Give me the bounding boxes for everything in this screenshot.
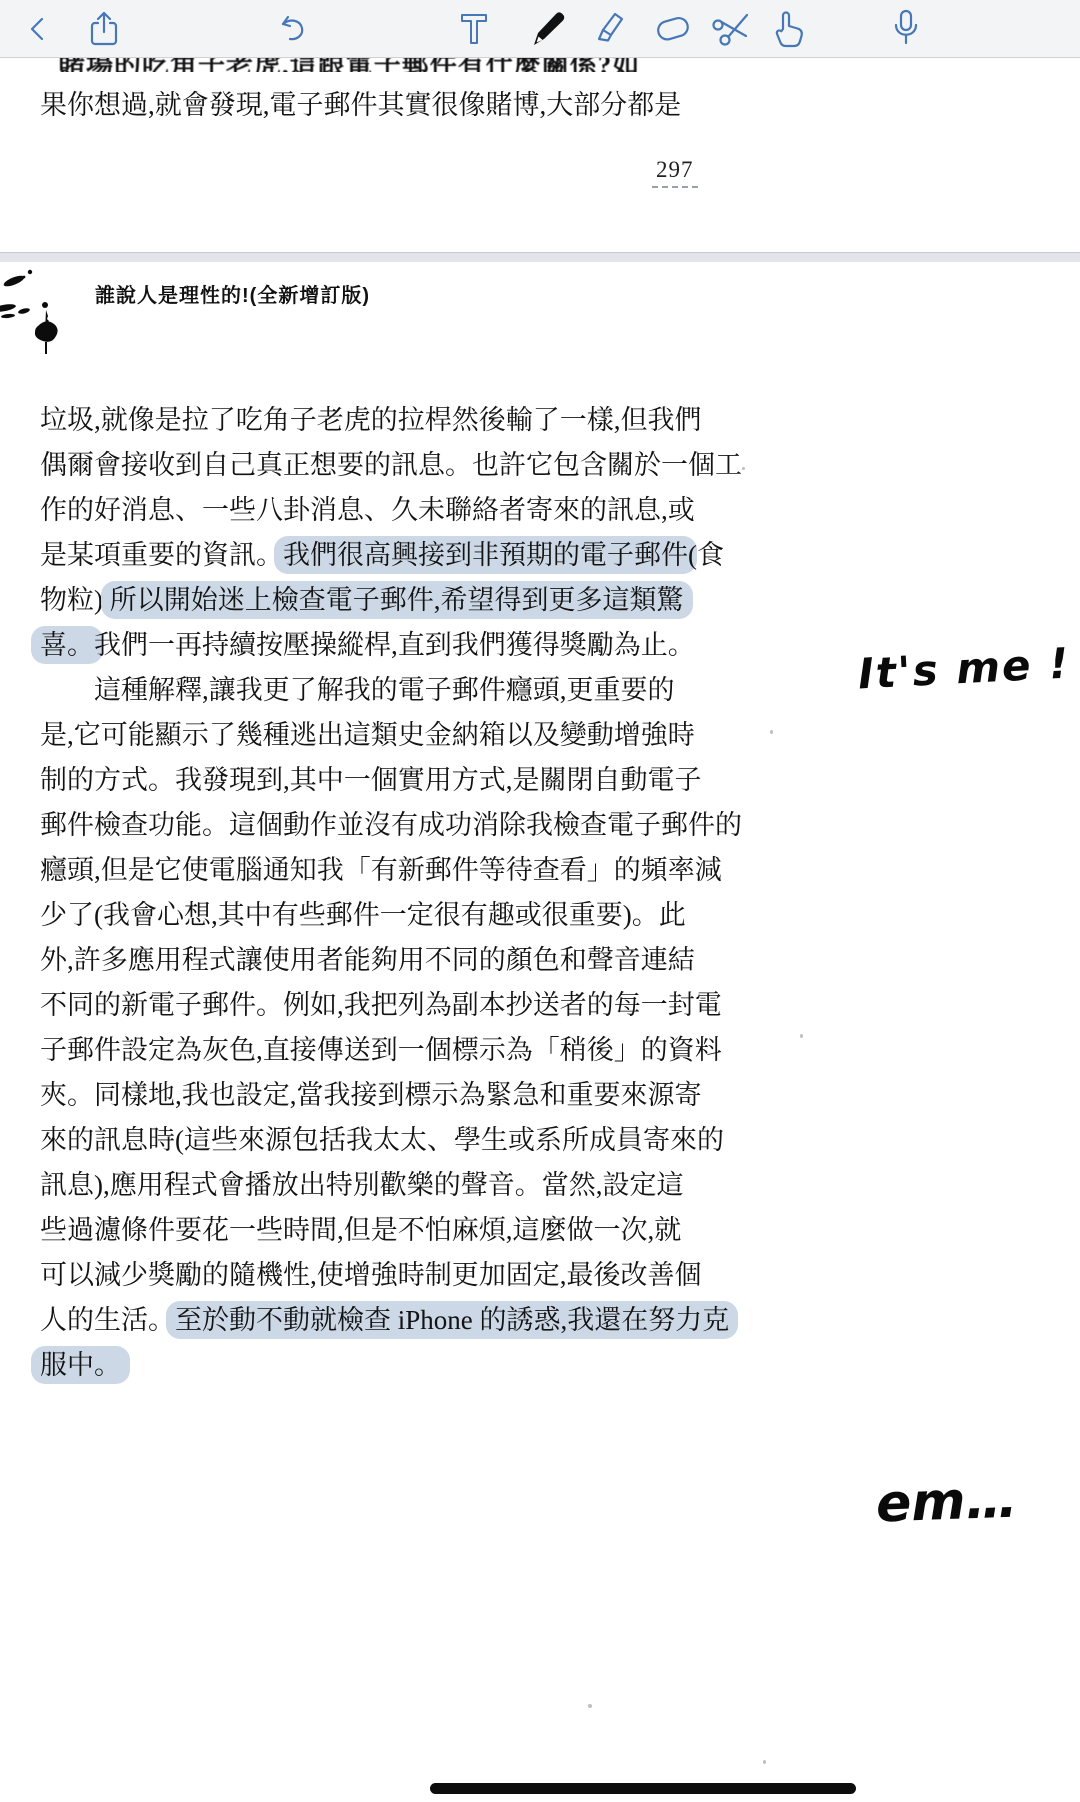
text-span: 外,許多應用程式讓使用者能夠用不同的顏色和聲音連結 [40,945,695,975]
text-span: 郵件檢查功能。這個動作並沒有成功消除我檢查電子郵件的 [40,810,742,840]
highlighter-icon [588,9,628,49]
text-tool-button[interactable] [458,11,490,47]
text-span: 來的訊息時(這些來源包括我太太、學生或系所成員寄來的 [40,1125,724,1155]
body-text-line: 服中。 [40,1343,810,1388]
body-text-line: 是,它可能顯示了幾種逃出這類史金納箱以及變動增強時 [40,713,810,758]
text-span: 作的好消息、一些八卦消息、久未聯絡者寄來的訊息,或 [40,495,695,525]
text-span: 這種解釋,讓我更了解我的電子郵件癮頭,更重要的 [94,675,675,705]
body-text-line: 少了(我會心想,其中有些郵件一定很有趣或很重要)。此 [40,893,810,938]
body-text-line: 癮頭,但是它使電腦通知我「有新郵件等待查看」的頻率減 [40,848,810,893]
text-span: 垃圾,就像是拉了吃角子老虎的拉桿然後輸了一樣,但我們 [40,405,702,435]
toolbar [0,0,1080,58]
cropped-text-line: 賭場的吃角子老虎,這跟電子郵件有什麼關係?如 [58,57,818,72]
share-button[interactable] [88,10,120,48]
body-text-line: 些過濾條件要花一些時間,但是不怕麻煩,這麼做一次,就 [40,1208,810,1253]
body-text: 垃圾,就像是拉了吃角子老虎的拉桿然後輸了一樣,但我們偶爾會接收到自己真正想要的訊… [40,398,810,1388]
pointing-hand-icon [768,9,808,49]
body-text-line: 人的生活。至於動不動就檢查 iPhone 的誘惑,我還在努力克 [40,1298,810,1343]
scan-speck [763,1760,766,1764]
current-page[interactable]: 誰說人是理性的!(全新增訂版) 垃圾,就像是拉了吃角子老虎的拉桿然後輸了一樣,但… [0,262,1080,1802]
body-text-line: 郵件檢查功能。這個動作並沒有成功消除我檢查電子郵件的 [40,803,810,848]
body-text-line: 不同的新電子郵件。例如,我把列為副本抄送者的每一封電 [40,983,810,1028]
highlight-span[interactable]: 我們很高興接到非預期的電子郵件 [274,536,697,574]
text-span: 我們一再持續按壓操縱桿,直到我們獲得獎勵為止。 [94,630,695,660]
body-text-line: 外,許多應用程式讓使用者能夠用不同的顏色和聲音連結 [40,938,810,983]
scan-speck [742,467,745,470]
text-span: 訊息),應用程式會播放出特別歡樂的聲音。當然,設定這 [40,1170,684,1200]
microphone-button[interactable] [892,8,920,50]
body-text-line: 作的好消息、一些八卦消息、久未聯絡者寄來的訊息,或 [40,488,810,533]
handwritten-note-em[interactable]: em… [875,1470,1018,1535]
text-span: 物粒), [40,585,110,615]
scan-speck [800,1034,803,1038]
scan-speck [770,730,773,734]
body-text-line: 物粒),所以開始迷上檢查電子郵件,希望得到更多這類驚 [40,578,810,623]
body-text-line: 是某項重要的資訊。我們很高興接到非預期的電子郵件(食 [40,533,810,578]
text-span: 制的方式。我發現到,其中一個實用方式,是關閉自動電子 [40,765,702,795]
eraser-tool-button[interactable] [650,11,694,47]
pen-icon [528,9,568,49]
pen-tool-button-selected[interactable] [528,9,568,49]
scan-speck [513,1328,517,1331]
body-text-line: 夾。同樣地,我也設定,當我接到標示為緊急和重要來源寄 [40,1073,810,1118]
body-text-line: 制的方式。我發現到,其中一個實用方式,是關閉自動電子 [40,758,810,803]
previous-page[interactable]: 賭場的吃角子老虎,這跟電子郵件有什麼關係?如 果你想過,就會發現,電子郵件其實很… [0,57,1080,252]
undo-button[interactable] [278,14,308,44]
book-title-header: 誰說人是理性的!(全新增訂版) [95,279,370,308]
text-span: 可以減少獎勵的隨機性,使增強時制更加固定,最後改善個 [40,1260,702,1290]
text-span: 些過濾條件要花一些時間,但是不怕麻煩,這麼做一次,就 [40,1215,681,1245]
text-span: 夾。同樣地,我也設定,當我接到標示為緊急和重要來源寄 [40,1080,702,1110]
text-tool-icon [458,11,490,47]
share-icon [88,10,120,48]
text-span: 癮頭,但是它使電腦通知我「有新郵件等待查看」的頻率減 [40,855,722,885]
body-text-line: 垃圾,就像是拉了吃角子老虎的拉桿然後輸了一樣,但我們 [40,398,810,443]
body-text-line: 來的訊息時(這些來源包括我太太、學生或系所成員寄來的 [40,1118,810,1163]
text-span: 是,它可能顯示了幾種逃出這類史金納箱以及變動增強時 [40,720,695,750]
highlighter-tool-button[interactable] [588,9,628,49]
body-text-line: 子郵件設定為灰色,直接傳送到一個標示為「稍後」的資料 [40,1028,810,1073]
highlight-span[interactable]: 服中。 [31,1346,130,1384]
body-text-line: 可以減少獎勵的隨機性,使增強時制更加固定,最後改善個 [40,1253,810,1298]
ink-blot-stain [0,264,84,369]
scissors-icon [710,10,752,48]
microphone-icon [892,8,920,50]
page-number: 297 [652,157,698,188]
pointer-tool-button[interactable] [768,9,808,49]
scissors-tool-button[interactable] [710,10,752,48]
body-text-line: 這種解釋,讓我更了解我的電子郵件癮頭,更重要的 [40,668,810,713]
chevron-left-icon [26,13,50,45]
home-indicator[interactable] [430,1783,856,1794]
text-span: (食 [688,540,724,570]
body-text-line: 喜。我們一再持續按壓操縱桿,直到我們獲得獎勵為止。 [40,623,810,668]
back-button[interactable] [26,13,50,45]
undo-icon [278,14,308,44]
text-span: 是某項重要的資訊。 [40,540,283,570]
annotation-app-screen: 賭場的吃角子老虎,這跟電子郵件有什麼關係?如 果你想過,就會發現,電子郵件其實很… [0,0,1080,1802]
text-span: 人的生活。 [40,1305,175,1335]
eraser-icon [650,11,694,47]
highlight-span[interactable]: 所以開始迷上檢查電子郵件,希望得到更多這類驚 [101,581,693,619]
body-text-line: 訊息),應用程式會播放出特別歡樂的聲音。當然,設定這 [40,1163,810,1208]
text-span: 不同的新電子郵件。例如,我把列為副本抄送者的每一封電 [40,990,722,1020]
text-span: 偶爾會接收到自己真正想要的訊息。也許它包含關於一個工 [40,450,742,480]
body-text-line: 偶爾會接收到自己真正想要的訊息。也許它包含關於一個工 [40,443,810,488]
highlight-span[interactable]: 喜。 [31,626,103,664]
scan-speck [588,1704,592,1708]
text-span: 子郵件設定為灰色,直接傳送到一個標示為「稍後」的資料 [40,1035,722,1065]
highlight-span[interactable]: 至於動不動就檢查 iPhone 的誘惑,我還在努力克 [166,1301,738,1339]
text-span: 少了(我會心想,其中有些郵件一定很有趣或很重要)。此 [40,900,686,930]
prev-page-text-line: 果你想過,就會發現,電子郵件其實很像賭博,大部分都是 [40,83,681,122]
